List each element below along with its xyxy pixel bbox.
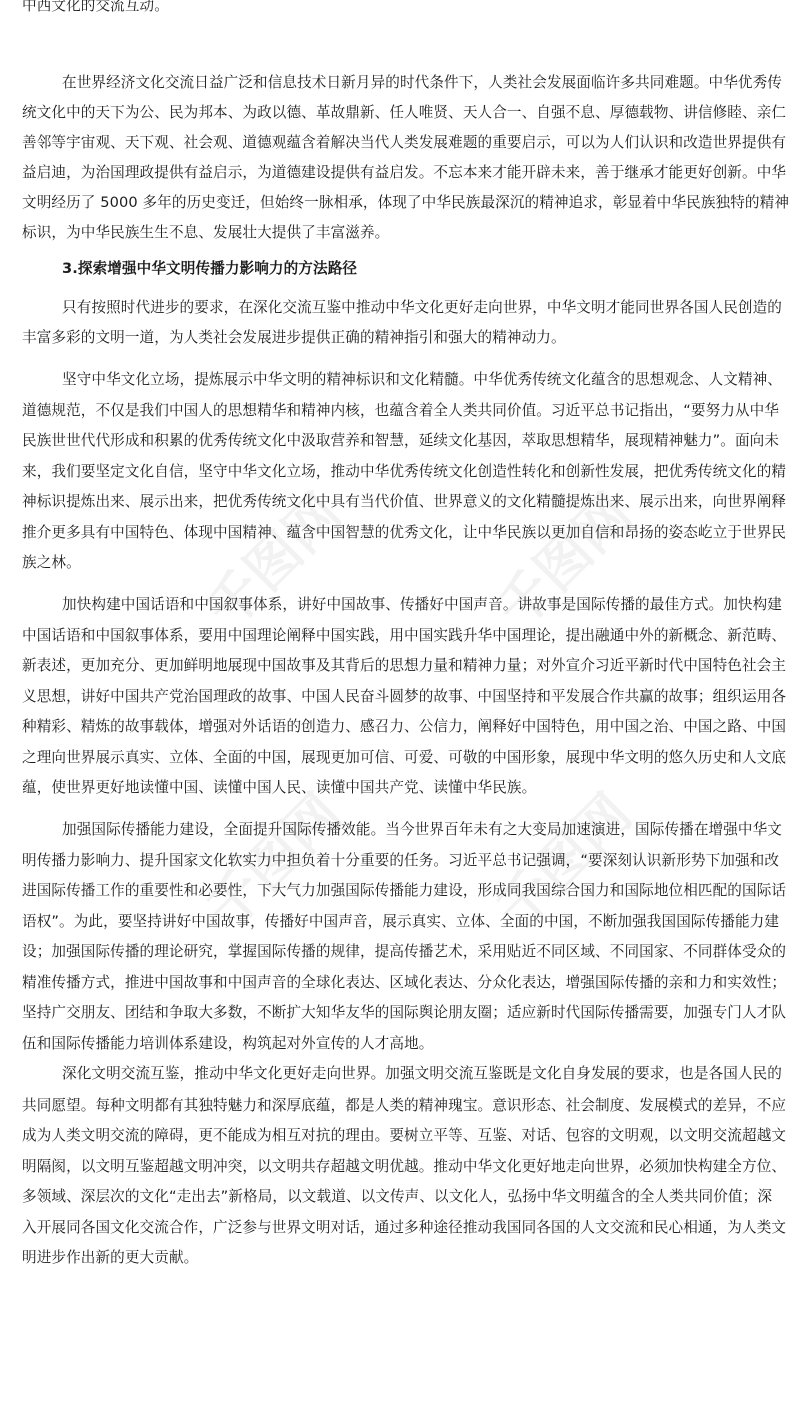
paragraph-line: 来，我们要坚定文化自信，坚守中华文化立场，推动中华优秀传统文化创造性转化和创新性…	[22, 457, 786, 487]
paragraph-line: 加快构建中国话语和中国叙事体系，讲好中国故事、传播好中国声音。讲故事是国际传播的…	[62, 590, 782, 620]
paragraph-line: 善邻等宇宙观、天下观、社会观、道德观蕴含着解决当代人类发展难题的重要启示，可以为…	[22, 128, 786, 158]
paragraph-line: 族之林。	[22, 548, 81, 578]
paragraph-line: 多领域、深层次的文化“走出去”新格局，以文载道、以文传声、以文化人，弘扬中华文明…	[22, 1182, 772, 1212]
paragraph-line: 民族世世代代形成和积累的优秀传统文化中汲取营养和智慧，延续文化基因，萃取思想精华…	[22, 426, 779, 456]
paragraph-line: 加强国际传播能力建设，全面提升国际传播效能。当今世界百年未有之大变局加速演进，国…	[62, 815, 782, 845]
paragraph-line: 统文化中的天下为公、民为邦本、为政以德、革故鼎新、任人唯贤、天人合一、自强不息、…	[22, 98, 786, 128]
paragraph-line: 只有按照时代进步的要求，在深化交流互鉴中推动中华文化更好走向世界，中华文明才能同…	[62, 293, 782, 323]
paragraph-line: 之理向世界展示真实、立体、全面的中国，展现更加可信、可爱、可敬的中国形象，展现中…	[22, 743, 786, 773]
paragraph-line: 新表述，更加充分、更加鲜明地展现中国故事及其背后的思想力量和精神力量；对外宣介习…	[22, 651, 786, 681]
paragraph-line: 中国话语和中国叙事体系，要用中国理论阐释中国实践，用中国实践升华中国理论，提出融…	[22, 621, 786, 651]
paragraph-line: 蕴，使世界更好地读懂中国、读懂中国人民、读懂中国共产党、读懂中华民族。	[22, 773, 536, 803]
paragraph-line: 坚守中华文化立场，提炼展示中华文明的精神标识和文化精髓。中华优秀传统文化蕴含的思…	[62, 365, 782, 395]
paragraph-line: 神标识提炼出来、展示出来，把优秀传统文化中具有当代价值、世界意义的文化精髓提炼出…	[22, 487, 786, 517]
paragraph-line: 明传播力影响力、提升国家文化软实力中担负着十分重要的任务。习近平总书记强调，“要…	[22, 846, 779, 876]
paragraph-line: 道德规范，不仅是我们中国人的思想精华和精神内核，也蕴含着全人类共同价值。习近平总…	[22, 396, 779, 426]
paragraph-line: 坚持广交朋友、团结和争取大多数，不断扩大知华友华的国际舆论朋友圈；适应新时代国际…	[22, 998, 786, 1028]
paragraph-line: 种精彩、精炼的故事载体，增强对外话语的创造力、感召力、公信力，阐释好中国特色，用…	[22, 712, 786, 742]
paragraph-line: 入开展同各国文化交流合作，广泛参与世界文明对话，通过多种途径推动我国同各国的人文…	[22, 1213, 786, 1243]
paragraph-line: 伍和国际传播能力培训体系建设，构筑起对外宣传的人才高地。	[22, 1029, 433, 1059]
paragraph-line: 明进步作出新的更大贡献。	[22, 1243, 198, 1273]
paragraph-line: 推介更多具有中国特色、体现中国精神、蕴含中国智慧的优秀文化，让中华民族以更加自信…	[22, 518, 786, 548]
paragraph-line: 进国际传播工作的重要性和必要性，下大气力加强国际传播能力建设，形成同我国综合国力…	[22, 876, 786, 906]
paragraph-line: 设；加强国际传播的理论研究，掌握国际传播的规律，提高传播艺术，采用贴近不同区域、…	[22, 937, 786, 967]
paragraph-line: 义思想，讲好中国共产党治国理政的故事、中国人民奋斗圆梦的故事、中国坚持和平发展合…	[22, 682, 786, 712]
paragraph-line: 标识，为中华民族生生不息、发展壮大提供了丰富滋养。	[22, 218, 389, 248]
paragraph-line: 益启迪，为治国理政提供有益启示，为道德建设提供有益启发。不忘本来才能开辟未来，善…	[22, 158, 786, 188]
paragraph-line: 深化文明交流互鉴，推动中华文化更好走向世界。加强文明交流互鉴既是文化自身发展的要…	[62, 1059, 782, 1089]
section-heading: 3.探索增强中华文明传播力影响力的方法路径	[62, 254, 357, 284]
paragraph-line: 丰富多彩的文明一道，为人类社会发展进步提供正确的精神指引和强大的精神动力。	[22, 323, 566, 353]
paragraph-line: 文明经历了 5000 多年的历史变迁，但始终一脉相承，体现了中华民族最深沉的精神…	[22, 188, 789, 218]
paragraph-line: 语权”。为此，要坚持讲好中国故事，传播好中国声音，展示真实、立体、全面的中国，不…	[22, 907, 779, 937]
paragraph-line: 共同愿望。每种文明都有其独特魅力和深厚底蕴，都是人类的精神瑰宝。意识形态、社会制…	[22, 1091, 786, 1121]
paragraph-line: 明隔阂，以文明互鉴超越文明冲突，以文明共存超越文明优越。推动中华文化更好地走向世…	[22, 1152, 786, 1182]
paragraph-line: 在世界经济文化交流日益广泛和信息技术日新月异的时代条件下，人类社会发展面临许多共…	[62, 68, 782, 98]
paragraph-line: 中西文化的交流互动。	[22, 0, 169, 21]
paragraph-line: 成为人类文明交流的障碍，更不能成为相互对抗的理由。要树立平等、互鉴、对话、包容的…	[22, 1121, 786, 1151]
paragraph-line: 精准传播方式，推进中国故事和中国声音的全球化表达、区域化表达、分众化表达，增强国…	[22, 968, 786, 998]
